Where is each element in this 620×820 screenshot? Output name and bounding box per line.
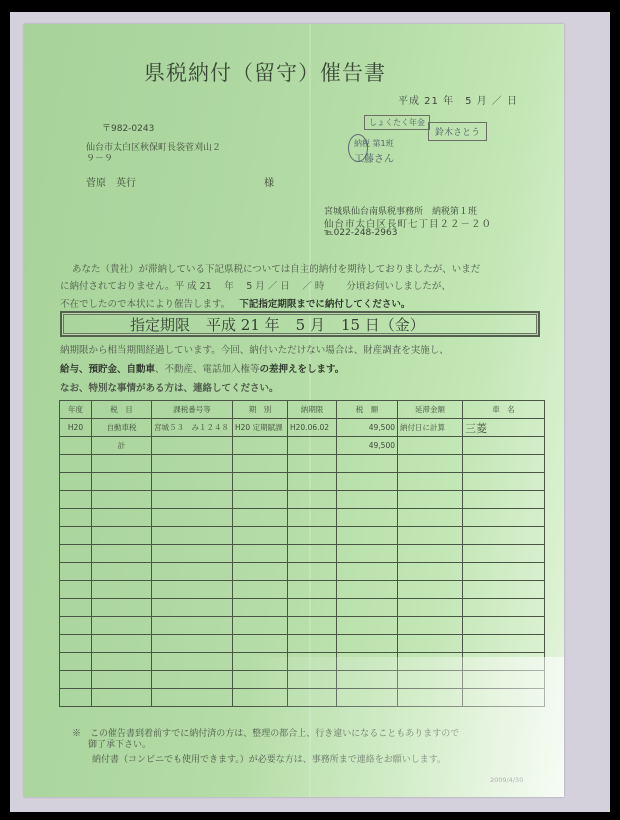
table-empty-cell [398,617,463,635]
table-empty-row [60,545,545,563]
table-empty-cell [398,473,463,491]
cell-tax-number: 宮城５３ み１２４８ [152,419,233,437]
cell-vehicle-name: 三菱 [463,419,545,437]
table-empty-cell [152,563,233,581]
table-empty-cell [233,671,288,689]
table-empty-cell [60,491,92,509]
table-empty-cell [288,635,337,653]
table-empty-cell [152,527,233,545]
table-empty-cell [152,653,233,671]
table-empty-row [60,509,545,527]
table-empty-row [60,671,545,689]
table-empty-cell [60,635,92,653]
table-empty-cell [337,455,398,473]
table-empty-row [60,635,545,653]
table-empty-cell [60,581,92,599]
table-empty-cell [463,635,545,653]
table-header-row: 年度 税 目 課税番号等 期 別 納期限 税 額 延滞金額 車 名 [60,401,545,419]
cell-fiscal-year: H20 [60,419,92,437]
cell-vehicle-name [463,437,545,455]
deadline-day: 15 日（金） [341,314,425,335]
table-empty-row [60,599,545,617]
handwritten-note-boxed-1: しょくたく年金 [364,115,430,130]
handwritten-note-3: 納税 第1班 [354,138,394,149]
table-empty-cell [398,599,463,617]
table-row: H20 自動車税 宮城５３ み１２４８ H20 定期賦課 H20.06.02 4… [60,419,545,437]
table-empty-cell [463,455,545,473]
table-empty-cell [398,635,463,653]
table-empty-cell [92,635,152,653]
table-empty-cell [233,509,288,527]
header-tax-item: 税 目 [92,401,152,419]
table-empty-cell [398,689,463,707]
office-phone: ℡022-248-2963 [324,228,397,238]
table-empty-cell [463,653,545,671]
table-empty-cell [60,455,92,473]
table-empty-cell [60,689,92,707]
table-empty-row [60,527,545,545]
warning-other-items: 、不動産、電話加入権等 [155,364,260,375]
table-empty-row [60,617,545,635]
table-empty-cell [463,689,545,707]
note-line2: 御了承下さい。 [88,737,151,750]
table-empty-cell [337,653,398,671]
cell-total-label: 計 [92,437,152,455]
table-empty-cell [398,527,463,545]
table-empty-cell [92,581,152,599]
table-empty-cell [92,491,152,509]
table-empty-cell [233,563,288,581]
table-empty-row [60,689,545,707]
table-empty-cell [337,581,398,599]
table-empty-cell [398,671,463,689]
table-empty-cell [92,509,152,527]
table-empty-cell [152,581,233,599]
table-empty-cell [288,689,337,707]
table-empty-cell [288,671,337,689]
table-total-row: 計 49,500 [60,437,545,455]
table-empty-cell [152,617,233,635]
header-vehicle-name: 車 名 [463,401,545,419]
deadline-year: 平成 21 年 [206,314,280,335]
table-empty-cell [233,599,288,617]
table-empty-cell [337,689,398,707]
table-empty-cell [337,599,398,617]
table-empty-row [60,653,545,671]
table-empty-cell [463,491,545,509]
table-empty-cell [233,491,288,509]
table-empty-cell [60,671,92,689]
header-fiscal-year: 年度 [60,401,92,419]
warning-line1: 納期限から相当期間経過しています。今回、納付いただけない場合は、財産調査を実施し… [60,342,449,356]
table-empty-cell [288,599,337,617]
table-empty-cell [92,617,152,635]
header-tax-number: 課税番号等 [152,401,233,419]
table-empty-cell [92,563,152,581]
issue-date: 平成 21 年 5 月 ／ 日 [398,92,518,107]
table-empty-cell [60,599,92,617]
table-empty-cell [233,527,288,545]
cell-period: H20 定期賦課 [233,419,288,437]
note-line3: 納付書（コンビニでも使用できます。）が必要な方は、事務所まで連絡をお願いします。 [92,752,446,765]
table-empty-cell [463,671,545,689]
tax-reminder-document: 県税納付（留守）催告書 平成 21 年 5 月 ／ 日 〒982-0243 仙台… [24,24,564,797]
table-empty-cell [152,635,233,653]
table-empty-cell [398,563,463,581]
table-empty-cell [463,617,545,635]
deadline-box: 指定期限 平成 21 年 5 月 15 日（金） [60,311,540,337]
table-empty-row [60,563,545,581]
cell-tax-number [152,437,233,455]
header-due-date: 納期限 [288,401,337,419]
postal-code: 〒982-0243 [102,121,154,134]
table-empty-cell [398,491,463,509]
table-empty-cell [463,545,545,563]
table-empty-cell [233,473,288,491]
table-empty-cell [152,599,233,617]
table-empty-cell [92,653,152,671]
table-empty-cell [463,599,545,617]
table-empty-cell [337,635,398,653]
warning-seizure-notice: の差押えをします。 [260,364,345,375]
table-empty-cell [288,491,337,509]
table-empty-cell [60,527,92,545]
table-empty-row [60,491,545,509]
table-empty-cell [92,455,152,473]
table-empty-cell [288,455,337,473]
table-empty-cell [60,509,92,527]
table-empty-cell [152,689,233,707]
table-empty-cell [233,635,288,653]
table-empty-cell [288,527,337,545]
table-empty-cell [337,545,398,563]
warning-line2: 給与、預貯金、自動車、不動産、電話加入権等の差押えをします。 [60,361,344,375]
table-empty-cell [288,653,337,671]
header-late-fee: 延滞金額 [398,401,463,419]
tax-table: 年度 税 目 課税番号等 期 別 納期限 税 額 延滞金額 車 名 H20 自動… [59,400,545,707]
table-empty-cell [92,599,152,617]
table-empty-row [60,581,545,599]
recipient-address-line2: ９－９ [86,151,113,164]
table-empty-cell [463,563,545,581]
document-title: 県税納付（留守）催告書 [144,57,386,87]
table-empty-cell [337,563,398,581]
table-empty-cell [463,581,545,599]
table-empty-cell [92,473,152,491]
table-empty-cell [92,671,152,689]
body-text-line3: 不在でしたので本状により催告します。 下記指定期限までに納付してください。 [60,296,410,310]
body-text-line3-normal: 不在でしたので本状により催告します。 [60,299,230,310]
table-empty-cell [152,545,233,563]
warning-line3: なお、特別な事情がある方は、連絡してください。 [60,380,279,394]
table-empty-cell [288,473,337,491]
cell-tax-item: 自動車税 [92,419,152,437]
table-empty-cell [463,527,545,545]
cell-total-amount: 49,500 [337,437,398,455]
deadline-label: 指定期限 [130,314,190,335]
body-text-line3-bold: 下記指定期限までに納付してください。 [239,299,410,310]
table-empty-cell [152,455,233,473]
cell-fiscal-year [60,437,92,455]
table-empty-cell [337,473,398,491]
header-tax-amount: 税 額 [337,401,398,419]
warning-seizure-items: 給与、預貯金、自動車 [60,364,155,375]
table-empty-cell [60,653,92,671]
cell-late-fee [398,437,463,455]
table-empty-row [60,473,545,491]
handwritten-note-4: 工藤さん [354,150,394,165]
table-empty-cell [60,473,92,491]
recipient-name: 菅原 英行 [86,174,136,189]
body-text-line2: に納付されておりません。平 成 21 年 5 月 ／ 日 ／ 時 分頃お伺いしま… [60,278,451,292]
cell-due-date: H20.06.02 [288,419,337,437]
table-empty-cell [337,491,398,509]
table-empty-cell [152,509,233,527]
table-empty-cell [233,689,288,707]
body-text-line1: あなた（貴社）が滞納している下記県税については自主的納付を期待しておりましたが、… [72,261,480,275]
table-empty-cell [398,653,463,671]
table-empty-cell [337,509,398,527]
table-empty-cell [92,689,152,707]
table-empty-cell [233,617,288,635]
table-empty-cell [152,491,233,509]
table-empty-cell [233,581,288,599]
table-empty-cell [398,455,463,473]
table-empty-cell [152,671,233,689]
table-empty-cell [288,545,337,563]
table-empty-cell [398,545,463,563]
table-empty-cell [288,509,337,527]
table-empty-cell [288,581,337,599]
cell-tax-amount: 49,500 [337,419,398,437]
table-empty-cell [60,545,92,563]
table-empty-cell [398,581,463,599]
cell-late-fee: 納付日に計算 [398,419,463,437]
cell-due-date [288,437,337,455]
header-period: 期 別 [233,401,288,419]
cell-period [233,437,288,455]
table-empty-cell [463,509,545,527]
footer-print-date: 2009/4/30 [490,776,523,784]
table-empty-cell [288,563,337,581]
table-empty-cell [152,473,233,491]
table-empty-cell [337,671,398,689]
table-empty-cell [233,653,288,671]
deadline-month: 5 月 [296,314,325,335]
table-empty-cell [288,617,337,635]
table-empty-row [60,455,545,473]
table-empty-cell [233,545,288,563]
table-empty-cell [92,527,152,545]
table-empty-cell [337,527,398,545]
table-empty-cell [337,617,398,635]
recipient-honorific: 様 [264,174,274,189]
table-empty-cell [92,545,152,563]
handwritten-note-boxed-2: 鈴木さとう [428,122,487,141]
table-empty-cell [60,617,92,635]
table-empty-cell [398,509,463,527]
table-empty-cell [463,473,545,491]
table-empty-cell [60,563,92,581]
table-empty-cell [233,455,288,473]
